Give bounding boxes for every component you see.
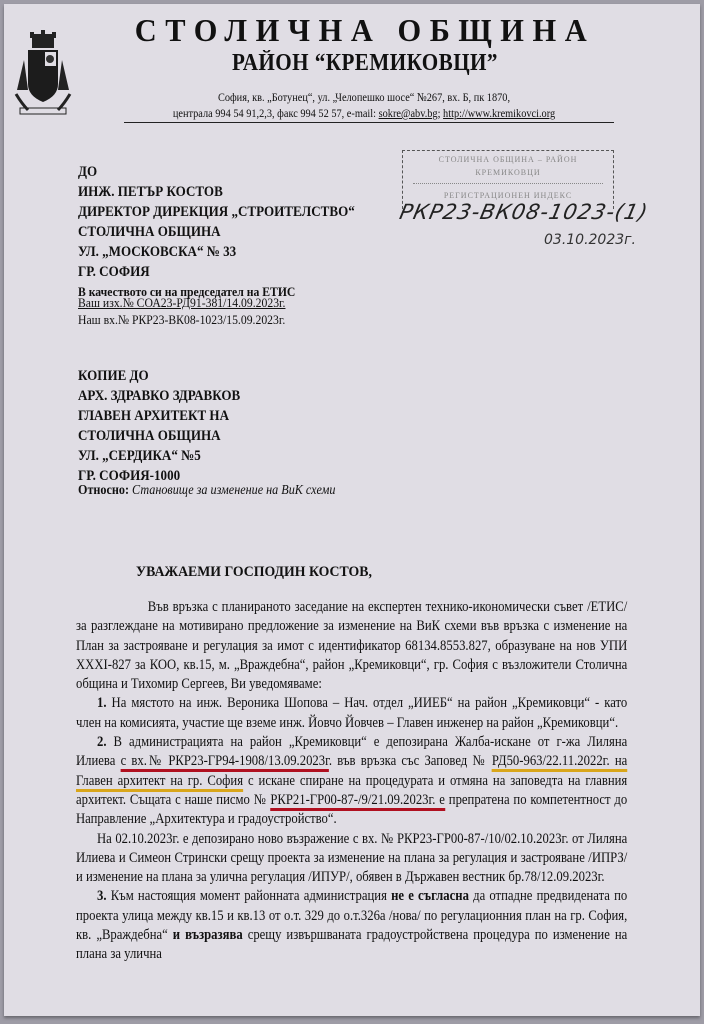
email-link[interactable]: sokre@abv.bg bbox=[379, 106, 438, 120]
recipient-line: ДО bbox=[78, 162, 456, 182]
your-reference: Ваш изх.№ СОА23-РД91-381/14.09.2023г. bbox=[78, 294, 285, 311]
item-text: . във връзка със Заповед № bbox=[329, 753, 492, 769]
document-page: СТОЛИЧНА ОБЩИНА РАЙОН “КРЕМИКОВЦИ” София… bbox=[4, 4, 700, 1016]
district-address: София, кв. „Ботунец“, ул. „Челопешко шос… bbox=[149, 90, 579, 105]
emphasis-text: и възразява bbox=[173, 927, 243, 943]
copy-line: ГЛАВЕН АРХИТЕКТ НА bbox=[78, 406, 456, 426]
item-number: 3. bbox=[97, 888, 107, 904]
item-text: Към настоящия момент районната администр… bbox=[111, 888, 391, 904]
recipient-line: СТОЛИЧНА ОБЩИНА bbox=[78, 222, 456, 242]
stamp-line: КРЕМИКОВЦИ bbox=[403, 168, 613, 177]
objection-paragraph: На 02.10.2023г. е депозирано ново възраж… bbox=[76, 830, 627, 888]
reference-numbers: Ваш изх.№ СОА23-РД91-381/14.09.2023г. На… bbox=[78, 294, 285, 328]
copy-line: УЛ. „СЕРДИКА“ №5 bbox=[78, 446, 456, 466]
salutation: УВАЖАЕМИ ГОСПОДИН КОСТОВ, bbox=[136, 564, 372, 581]
recipient-line: УЛ. „МОСКОВСКА“ № 33 bbox=[78, 242, 456, 262]
item-number: 2. bbox=[97, 734, 107, 750]
stamp-line: СТОЛИЧНА ОБЩИНА – РАЙОН bbox=[403, 155, 613, 164]
recipient-line: ГР. СОФИЯ bbox=[78, 262, 456, 282]
item-2: 2. В администрацията на район „Кремиковц… bbox=[76, 733, 627, 829]
district-title: РАЙОН “КРЕМИКОВЦИ” bbox=[132, 50, 598, 77]
emphasis-text: не е съгласна bbox=[391, 888, 469, 904]
recipient-line: ИНЖ. ПЕТЪР КОСТОВ bbox=[78, 182, 456, 202]
stamp-divider bbox=[413, 183, 603, 187]
stamp-handwritten-date: 03.10.2023г. bbox=[544, 232, 636, 248]
municipality-title: СТОЛИЧНА ОБЩИНА bbox=[113, 12, 617, 49]
intro-paragraph: Във връзка с планираното заседание на ек… bbox=[76, 598, 627, 694]
copy-to-block: КОПИЕ ДО АРХ. ЗДРАВКО ЗДРАВКОВ ГЛАВЕН АР… bbox=[78, 366, 456, 486]
highlight-letter-ref: РКР21-ГР00-87-/9/21.09.2023г. е bbox=[270, 792, 445, 811]
district-contacts: централа 994 54 91,2,3, факс 994 52 57, … bbox=[149, 106, 579, 121]
coat-of-arms-icon bbox=[14, 30, 72, 116]
stamp-handwritten-number: РКР23-ВК08-1023-(1) bbox=[397, 200, 650, 224]
subject-text: Становище за изменение на ВиК схеми bbox=[132, 482, 335, 497]
item-text: На мястото на инж. Вероника Шопова – Нач… bbox=[76, 695, 627, 730]
phone-fax: централа 994 54 91,2,3, факс 994 52 57, … bbox=[173, 106, 379, 120]
our-reference: Наш вх.№ РКР23-ВК08-1023/15.09.2023г. bbox=[78, 311, 285, 328]
header-divider bbox=[124, 122, 614, 123]
copy-line: КОПИЕ ДО bbox=[78, 366, 456, 386]
highlight-complaint-ref: с вх.№ РКР23-ГР94-1908/13.09.2023г bbox=[121, 753, 329, 772]
letter-body: Във връзка с планираното заседание на ек… bbox=[76, 598, 627, 965]
copy-line: АРХ. ЗДРАВКО ЗДРАВКОВ bbox=[78, 386, 456, 406]
item-3: 3. Към настоящия момент районната админи… bbox=[76, 887, 627, 964]
subject-line: Относно: Становище за изменение на ВиК с… bbox=[78, 482, 335, 498]
website-link[interactable]: http://www.kremikovci.org bbox=[443, 106, 555, 120]
subject-label: Относно: bbox=[78, 482, 129, 497]
copy-line: СТОЛИЧНА ОБЩИНА bbox=[78, 426, 456, 446]
item-number: 1. bbox=[97, 695, 107, 711]
recipient-block: ДО ИНЖ. ПЕТЪР КОСТОВ ДИРЕКТОР ДИРЕКЦИЯ „… bbox=[78, 162, 456, 302]
item-1: 1. На мястото на инж. Вероника Шопова – … bbox=[76, 694, 627, 733]
stamp-line: РЕГИСТРАЦИОНЕН ИНДЕКС bbox=[403, 191, 613, 200]
